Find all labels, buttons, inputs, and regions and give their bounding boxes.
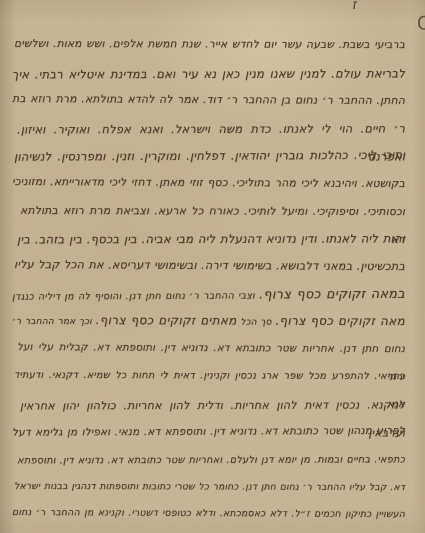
- text-segment: ברביעי בשבת. שבעה עשר יום לחדש אייר. שנת…: [14, 38, 405, 51]
- manuscript-line: לפרוע מנהון שטר כתובתא דא. נדוניא דין. ו…: [12, 418, 405, 448]
- manuscript-line: יתיכי ליכי. כהלכות גוברין יהודאין. דפלחי…: [12, 142, 405, 172]
- manuscript-page: ז C ברביעי בשבת. שבעה עשר יום לחדש אייר.…: [0, 0, 425, 533]
- manuscript-line: דא. קבל עליו ההחבר ר׳ נחום חתן דנן. כחומ…: [12, 472, 405, 501]
- manuscript-line: והות ליה לאנתו. ודין נדוניא דהנעלת ליה מ…: [12, 225, 405, 254]
- manuscript-line: ברביעי בשבת. שבעה עשר יום לחדש אייר. שנת…: [12, 31, 405, 60]
- text-segment: וצבי ההחבר ר׳ נחום חתן דנן. והוסיף לה מן…: [12, 291, 259, 303]
- manuscript-line: בתכשיטין. במאני דלבושא. בשימושי דירה. וב…: [12, 251, 405, 281]
- text-segment: כתפאי. בחיים ובמות. מן יומא דנן ולעלם. ו…: [17, 454, 405, 466]
- manuscript-line: כתפאי. בחיים ובמות. מן יומא דנן ולעלם. ו…: [12, 446, 405, 475]
- manuscript-line: במאה זקוקים כסף צרוף. וצבי ההחבר ר׳ נחום…: [12, 280, 405, 310]
- text-segment: בקושטא. ויהיבנא ליכי מהר בתוליכי. כסף זו…: [12, 175, 405, 190]
- manuscript-line: מאה זקוקים כסף צרוף. סך הכל מאתים זקוקים…: [12, 307, 405, 336]
- manuscript-line: החתן. ההחבר ר׳ נחום בן ההחבר ר׳ דוד. אמר…: [12, 85, 405, 115]
- edge-curve-mark: C: [417, 13, 425, 35]
- manuscript-line: ר׳ חיים. הוי לי לאנתו. כדת משה וישראל. ו…: [12, 115, 405, 144]
- text-segment: והות ליה לאנתו. ודין נדוניא דהנעלת ליה מ…: [17, 231, 405, 246]
- text-segment: סך הכל: [237, 317, 276, 327]
- text-segment: לבריאת עולם. למנין שאנו מנין כאן נא עיר …: [12, 66, 405, 81]
- manuscript-line: בתראי. להתפרע מכל שפר ארג נכסין וקנינין.…: [12, 362, 405, 391]
- manuscript-line: העשויין כתיקון חכמים ז״ל. דלא כאסמכתא. ו…: [12, 499, 405, 529]
- text-segment: לפרוע מנהון שטר כתובתא דא. נדוניא דין. ו…: [12, 425, 405, 439]
- manuscript-line: נחום חתן דנן. אחריות שטר כתובתא דא. נדונ…: [12, 333, 405, 363]
- manuscript-line: וכסותיכי. וסיפוקיכי. ומיעל לותיכי. כאורח…: [12, 196, 405, 225]
- text-segment: וכך אמר ההחבר ר׳: [12, 317, 96, 327]
- folio-number-mark: ז: [345, 0, 362, 14]
- emphasized-text-segment: מאה זקוקים כסף צרוף.: [275, 314, 405, 328]
- text-segment: בתכשיטין. במאני דלבושא. בשימושי דירה. וב…: [14, 258, 405, 273]
- text-segment: דא. קבל עליו ההחבר ר׳ נחום חתן דנן. כחומ…: [14, 480, 405, 492]
- emphasized-text-segment: מאתים זקוקים כסף צרוף.: [95, 313, 236, 327]
- manuscript-line: למקנא. נכסין דאית להון אחריות. ודלית להו…: [12, 391, 405, 420]
- emphasized-text-segment: במאה זקוקים כסף צרוף.: [259, 286, 405, 302]
- text-segment: החתן. ההחבר ר׳ נחום בן ההחבר ר׳ דוד. אמר…: [12, 92, 405, 107]
- text-segment: העשויין כתיקון חכמים ז״ל. דלא כאסמכתא. ו…: [12, 507, 405, 520]
- manuscript-line: בקושטא. ויהיבנא ליכי מהר בתוליכי. כסף זו…: [12, 168, 405, 198]
- handwritten-text-block: ברביעי בשבת. שבעה עשר יום לחדש אייר. שנת…: [12, 32, 405, 529]
- text-segment: יתיכי ליכי. כהלכות גוברין יהודאין. דפלחי…: [14, 148, 405, 164]
